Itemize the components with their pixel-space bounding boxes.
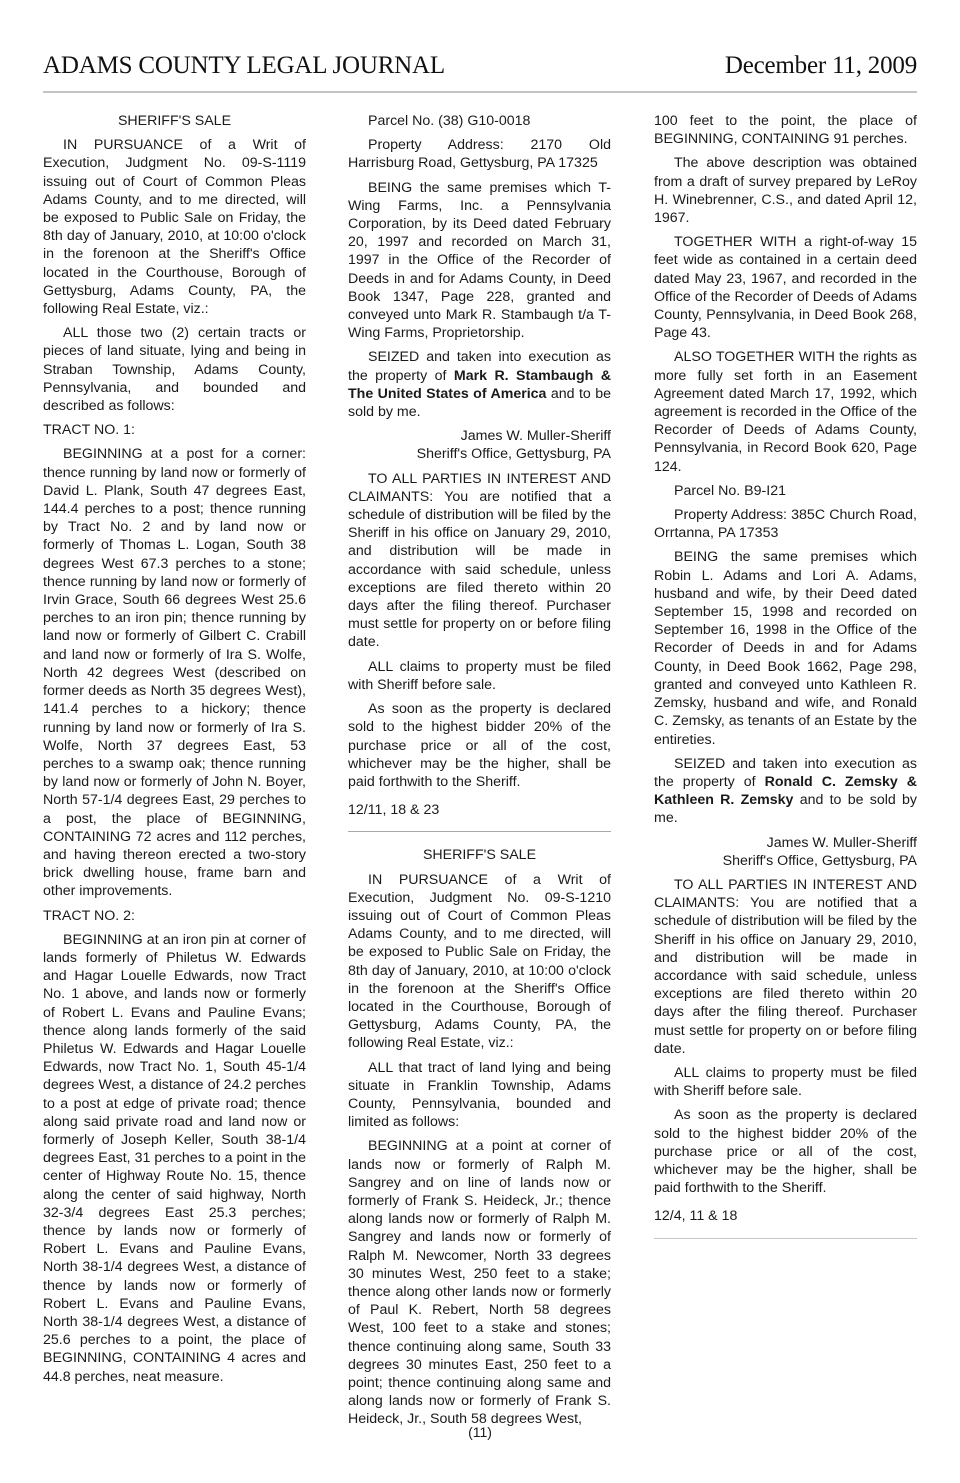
column-middle: Parcel No. (38) G10-0018 Property Addres… xyxy=(348,112,611,1435)
seized-paragraph: SEIZED and taken into execution as the p… xyxy=(654,755,917,828)
notice-divider xyxy=(654,1238,917,1239)
tracts-intro-paragraph: ALL those two (2) certain tracts or piec… xyxy=(43,324,306,415)
pursuance-paragraph: IN PURSUANCE of a Writ of Execution, Jud… xyxy=(348,871,611,1053)
right-of-way-paragraph: TOGETHER WITH a right-of-way 15 feet wid… xyxy=(654,233,917,342)
tract-2-label: TRACT NO. 2: xyxy=(43,907,306,925)
parties-notice: TO ALL PARTIES IN INTEREST AND CLAIMANTS… xyxy=(348,470,611,652)
property-address: Property Address: 2170 Old Harrisburg Ro… xyxy=(348,136,611,172)
signature-name: James W. Muller-Sheriff xyxy=(348,427,611,445)
publication-dates: 12/11, 18 & 23 xyxy=(348,797,611,819)
survey-paragraph: The above description was obtained from … xyxy=(654,154,917,227)
notice-divider xyxy=(348,831,611,832)
page-number: (11) xyxy=(0,1424,960,1440)
notice-heading: SHERIFF'S SALE xyxy=(348,846,611,864)
issue-date: December 11, 2009 xyxy=(725,52,917,80)
header-divider xyxy=(43,91,917,93)
payment-paragraph: As soon as the property is declared sold… xyxy=(654,1106,917,1197)
beginning-continued: 100 feet to the point, the place of BEGI… xyxy=(654,112,917,148)
journal-title: ADAMS COUNTY LEGAL JOURNAL xyxy=(43,52,445,80)
tract-intro-paragraph: ALL that tract of land lying and being s… xyxy=(348,1059,611,1132)
notice-heading: SHERIFF'S SALE xyxy=(43,112,306,130)
signature-office: Sheriff's Office, Gettysburg, PA xyxy=(654,852,917,870)
easement-paragraph: ALSO TOGETHER WITH the rights as more fu… xyxy=(654,348,917,475)
tract-1-label: TRACT NO. 1: xyxy=(43,421,306,439)
seized-paragraph: SEIZED and taken into execution as the p… xyxy=(348,348,611,421)
being-paragraph: BEING the same premises which Robin L. A… xyxy=(654,548,917,748)
tract-1-description: BEGINNING at a post for a corner: thence… xyxy=(43,445,306,900)
parcel-number: Parcel No. B9-I21 xyxy=(654,482,917,500)
column-right: 100 feet to the point, the place of BEGI… xyxy=(654,112,917,1253)
claims-paragraph: ALL claims to property must be filed wit… xyxy=(348,658,611,694)
signature-office: Sheriff's Office, Gettysburg, PA xyxy=(348,445,611,463)
being-paragraph: BEING the same premises which T-Wing Far… xyxy=(348,179,611,343)
journal-header: ADAMS COUNTY LEGAL JOURNAL December 11, … xyxy=(43,52,917,92)
publication-dates: 12/4, 11 & 18 xyxy=(654,1203,917,1225)
sheriff-signature: James W. Muller-Sheriff Sheriff's Office… xyxy=(348,427,611,463)
tract-2-description: BEGINNING at an iron pin at corner of la… xyxy=(43,931,306,1386)
claims-paragraph: ALL claims to property must be filed wit… xyxy=(654,1064,917,1100)
payment-paragraph: As soon as the property is declared sold… xyxy=(348,700,611,791)
parcel-number: Parcel No. (38) G10-0018 xyxy=(348,112,611,130)
signature-name: James W. Muller-Sheriff xyxy=(654,834,917,852)
column-left: SHERIFF'S SALE IN PURSUANCE of a Writ of… xyxy=(43,112,306,1392)
parties-notice: TO ALL PARTIES IN INTEREST AND CLAIMANTS… xyxy=(654,876,917,1058)
property-address: Property Address: 385C Church Road, Orrt… xyxy=(654,506,917,542)
beginning-paragraph: BEGINNING at a point at corner of lands … xyxy=(348,1137,611,1428)
sheriff-signature: James W. Muller-Sheriff Sheriff's Office… xyxy=(654,834,917,870)
pursuance-paragraph: IN PURSUANCE of a Writ of Execution, Jud… xyxy=(43,136,306,318)
